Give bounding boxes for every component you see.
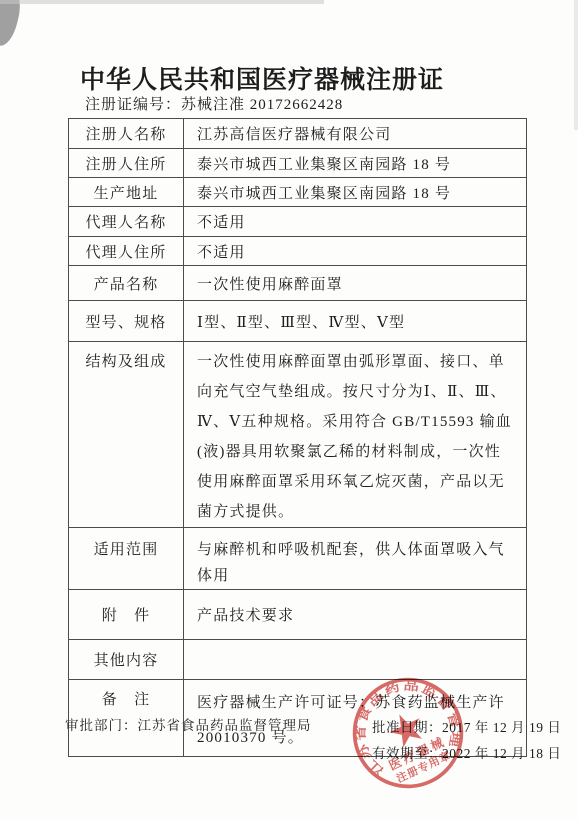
certificate-table: 注册人名称 江苏高信医疗器械有限公司 注册人住所 泰兴市城西工业集聚区南园路 1… — [68, 118, 527, 757]
scan-artifact-right-edge — [574, 0, 578, 130]
row-agent-address: 代理人住所 不适用 — [69, 237, 527, 266]
row-value: 不适用 — [184, 207, 527, 237]
row-label: 产品名称 — [69, 266, 184, 301]
row-label: 结构及组成 — [69, 342, 184, 528]
row-label: 注册人名称 — [69, 119, 184, 149]
row-agent-name: 代理人名称 不适用 — [69, 207, 527, 237]
row-scope-of-use: 适用范围 与麻醉机和呼吸机配套，供人体面罩吸入气体用 — [69, 528, 527, 590]
row-value: 与麻醉机和呼吸机配套，供人体面罩吸入气体用 — [184, 528, 527, 590]
registration-number-line: 注册证编号：苏械注准 20172662428 — [85, 93, 343, 114]
row-value: 不适用 — [184, 237, 527, 266]
row-registrant-address: 注册人住所 泰兴市城西工业集聚区南园路 18 号 — [69, 149, 527, 178]
scan-artifact-top-edge — [0, 0, 324, 4]
row-label: 适用范围 — [69, 528, 184, 590]
row-value: 江苏高信医疗器械有限公司 — [184, 119, 527, 149]
row-structure-composition: 结构及组成 一次性使用麻醉面罩由弧形罩面、接口、单向充气空气垫组成。按尺寸分为Ⅰ… — [69, 342, 527, 528]
row-value — [184, 640, 527, 680]
row-value: 泰兴市城西工业集聚区南园路 18 号 — [184, 149, 527, 178]
row-label: 型号、规格 — [69, 301, 184, 342]
row-value: 一次性使用麻醉面罩由弧形罩面、接口、单向充气空气垫组成。按尺寸分为Ⅰ、Ⅱ、Ⅲ、Ⅳ… — [184, 342, 527, 528]
row-registrant-name: 注册人名称 江苏高信医疗器械有限公司 — [69, 119, 527, 149]
row-value: Ⅰ型、Ⅱ型、Ⅲ型、Ⅳ型、Ⅴ型 — [184, 301, 527, 342]
row-attachment: 附 件 产品技术要求 — [69, 590, 527, 640]
row-label: 附 件 — [69, 590, 184, 640]
row-label: 代理人住所 — [69, 237, 184, 266]
row-value: 产品技术要求 — [184, 590, 527, 640]
row-value: 泰兴市城西工业集聚区南园路 18 号 — [184, 178, 527, 207]
row-label: 注册人住所 — [69, 149, 184, 178]
approval-department: 审批部门：江苏省食品药品监督管理局 — [65, 714, 312, 734]
row-production-address: 生产地址 泰兴市城西工业集聚区南园路 18 号 — [69, 178, 527, 207]
certificate-title: 中华人民共和国医疗器械注册证 — [0, 60, 524, 96]
row-value: 一次性使用麻醉面罩 — [184, 266, 527, 301]
row-product-name: 产品名称 一次性使用麻醉面罩 — [69, 266, 527, 301]
row-label: 代理人名称 — [69, 207, 184, 237]
approval-date: 批准日期：2017 年 12 月 19 日 — [372, 716, 561, 736]
row-label: 其他内容 — [69, 640, 184, 680]
row-other-content: 其他内容 — [69, 640, 527, 680]
scan-artifact-corner — [0, 0, 24, 48]
valid-until-date: 有效期至：2022 年 12 月 18 日 — [372, 742, 561, 762]
row-model-spec: 型号、规格 Ⅰ型、Ⅱ型、Ⅲ型、Ⅳ型、Ⅴ型 — [69, 301, 527, 342]
row-label: 生产地址 — [69, 178, 184, 207]
